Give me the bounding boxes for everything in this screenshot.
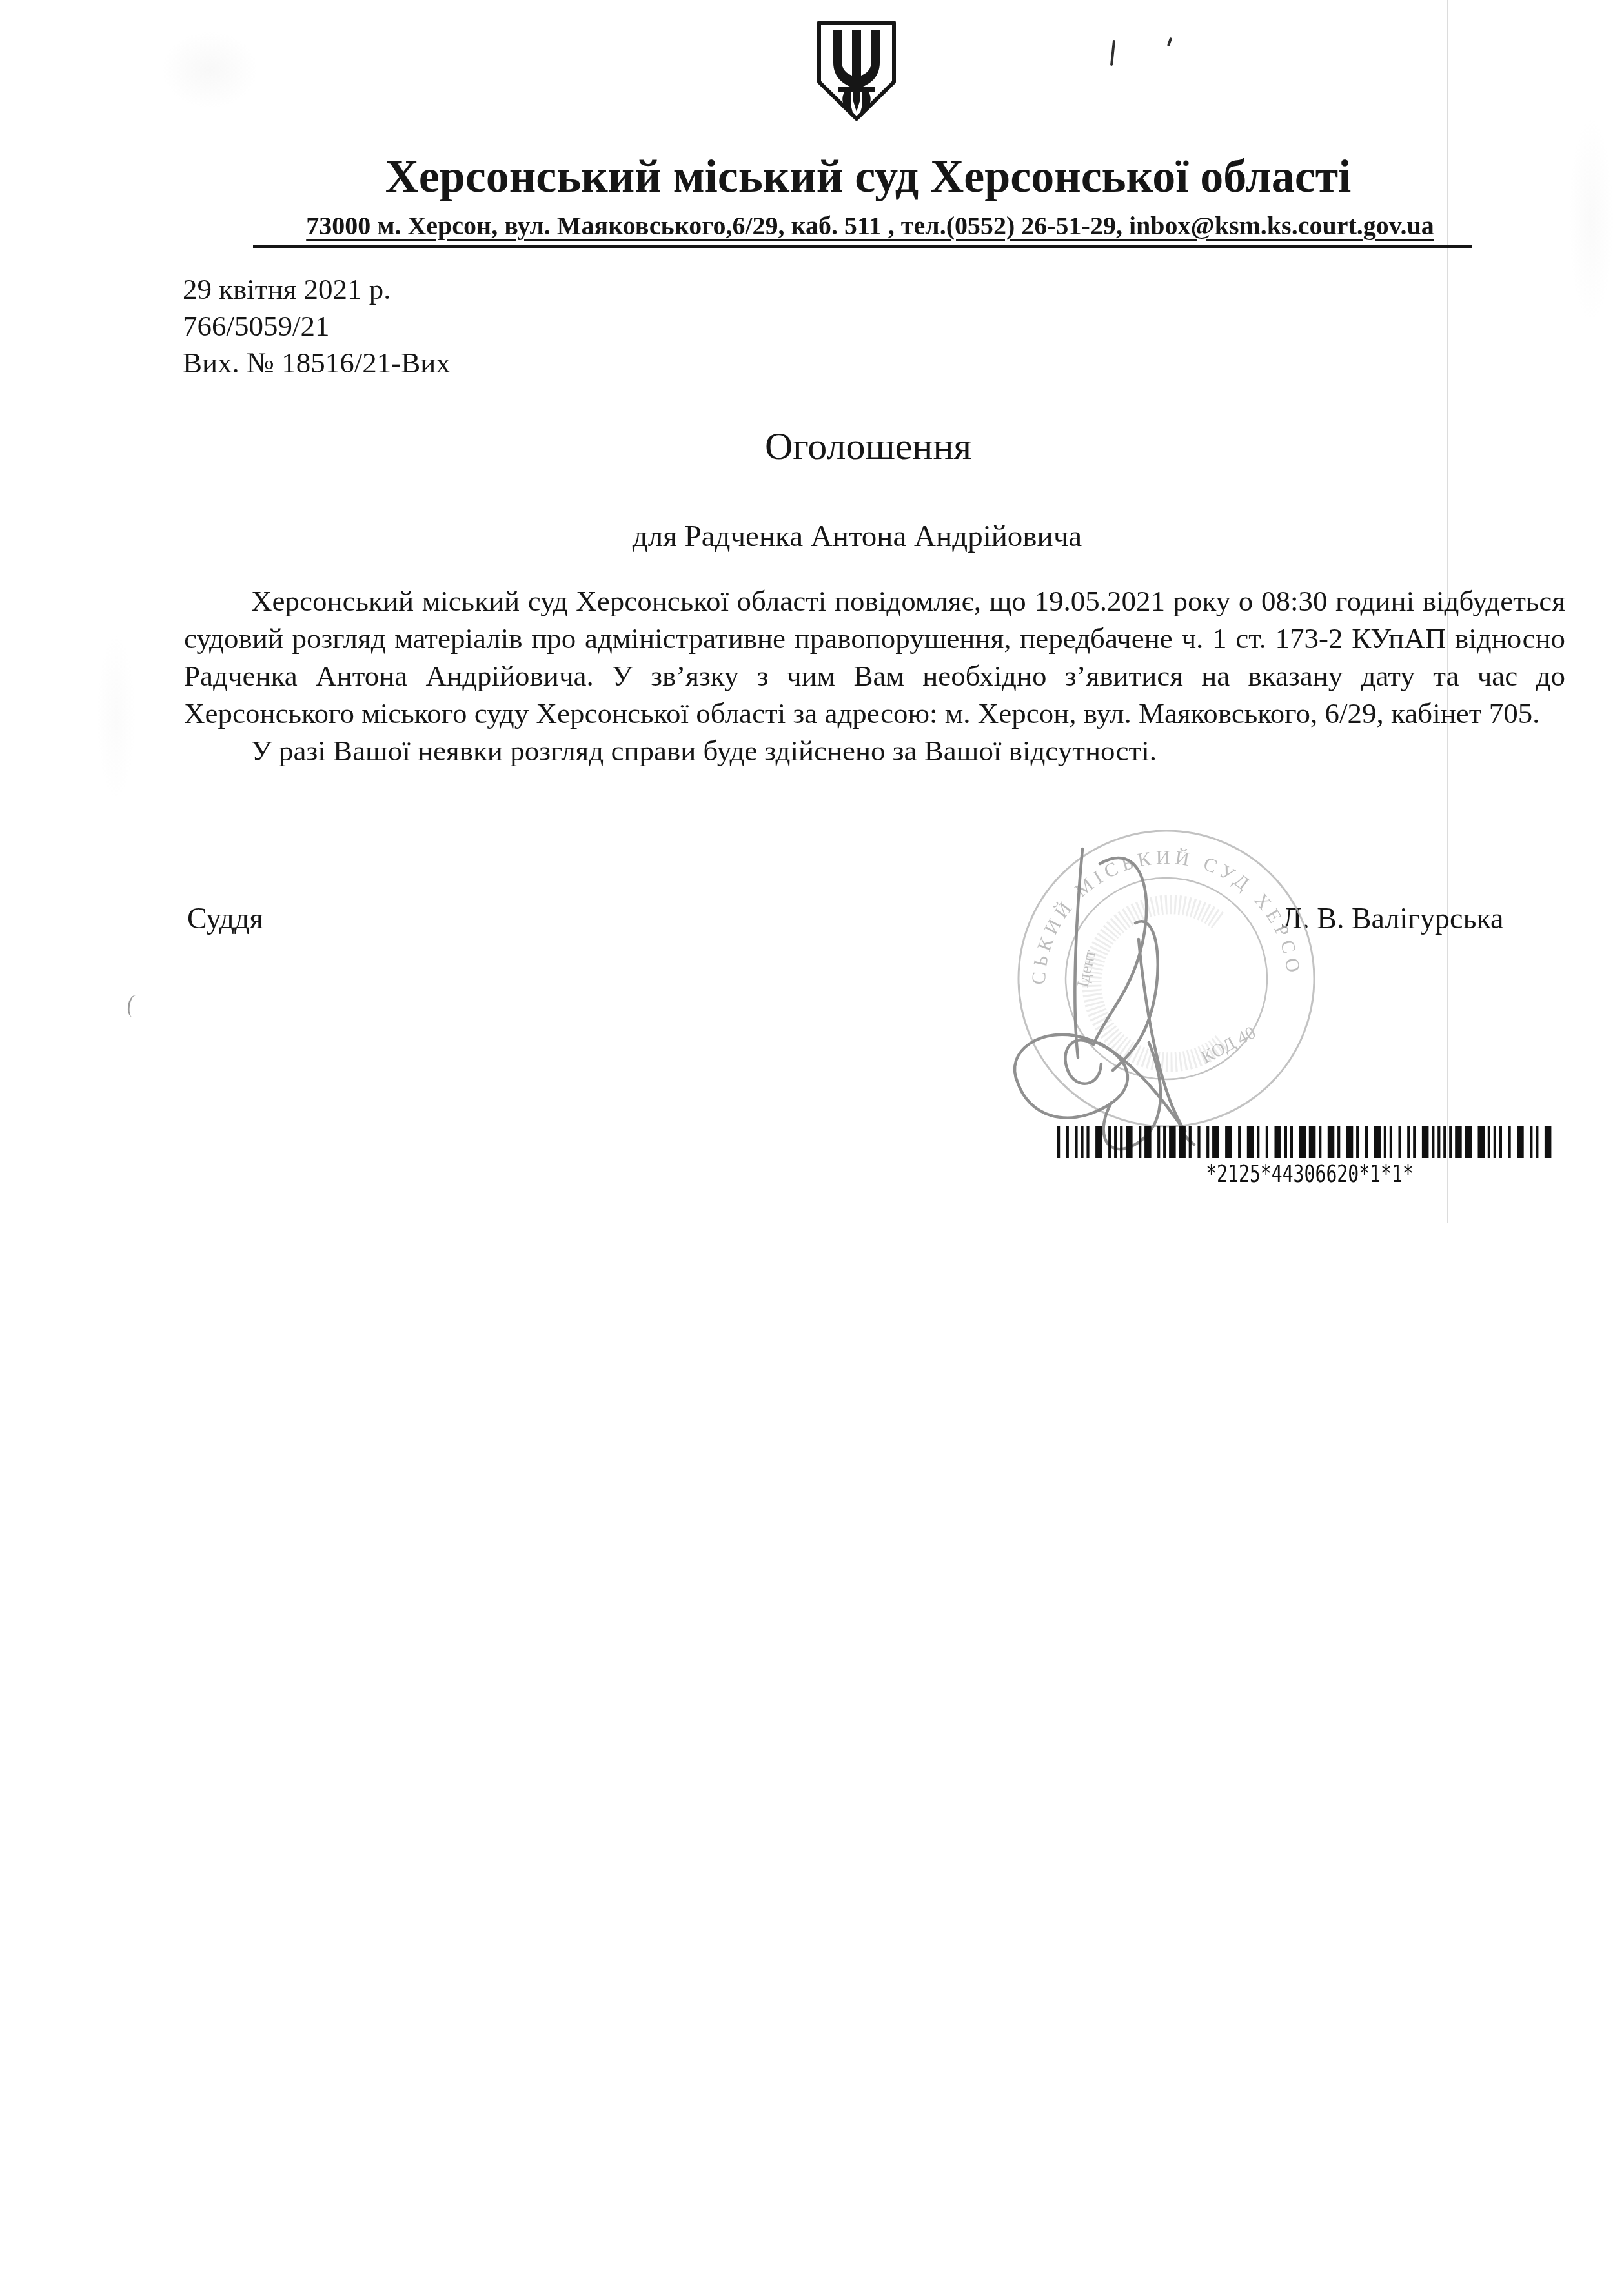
barcode-bars xyxy=(1057,1126,1562,1158)
notice-body: Херсонський міський суд Херсонської обла… xyxy=(184,582,1565,769)
notice-addressee: для Радченка Антона Андрійовича xyxy=(633,519,1082,554)
case-number: 766/5059/21 xyxy=(183,308,451,345)
scan-tick-mark xyxy=(1167,37,1173,47)
barcode: *2125*44306620*1*1* xyxy=(1057,1126,1562,1188)
court-title: Херсонський міський суд Херсонської обла… xyxy=(385,151,1351,201)
scan-smudge xyxy=(161,31,258,108)
scan-paren-mark xyxy=(127,995,142,1018)
judge-signature xyxy=(1002,826,1228,1155)
notice-paragraph-1: Херсонський міський суд Херсонської обла… xyxy=(184,582,1565,732)
scan-smudge xyxy=(97,633,136,800)
court-address-line: 73000 м. Херсон, вул. Маяковського,6/29,… xyxy=(306,210,1434,241)
letter-date: 29 квітня 2021 р. xyxy=(183,271,451,308)
ukraine-trident-emblem-icon xyxy=(815,19,898,123)
notice-heading: Оголошення xyxy=(765,425,971,467)
scan-smudge xyxy=(1568,116,1614,323)
barcode-label: *2125*44306620*1*1* xyxy=(1123,1159,1497,1188)
scan-tick-mark xyxy=(1110,40,1115,66)
notice-paragraph-2: У разі Вашої неявки розгляд справи буде … xyxy=(184,732,1565,769)
letter-meta-block: 29 квітня 2021 р. 766/5059/21 Вих. № 185… xyxy=(183,271,451,382)
header-rule xyxy=(253,245,1472,248)
judge-role-label: Суддя xyxy=(187,901,263,935)
scanned-court-notice-page: Херсонський міський суд Херсонської обла… xyxy=(0,0,1624,2280)
outgoing-number: Вих. № 18516/21-Вих xyxy=(183,345,451,382)
